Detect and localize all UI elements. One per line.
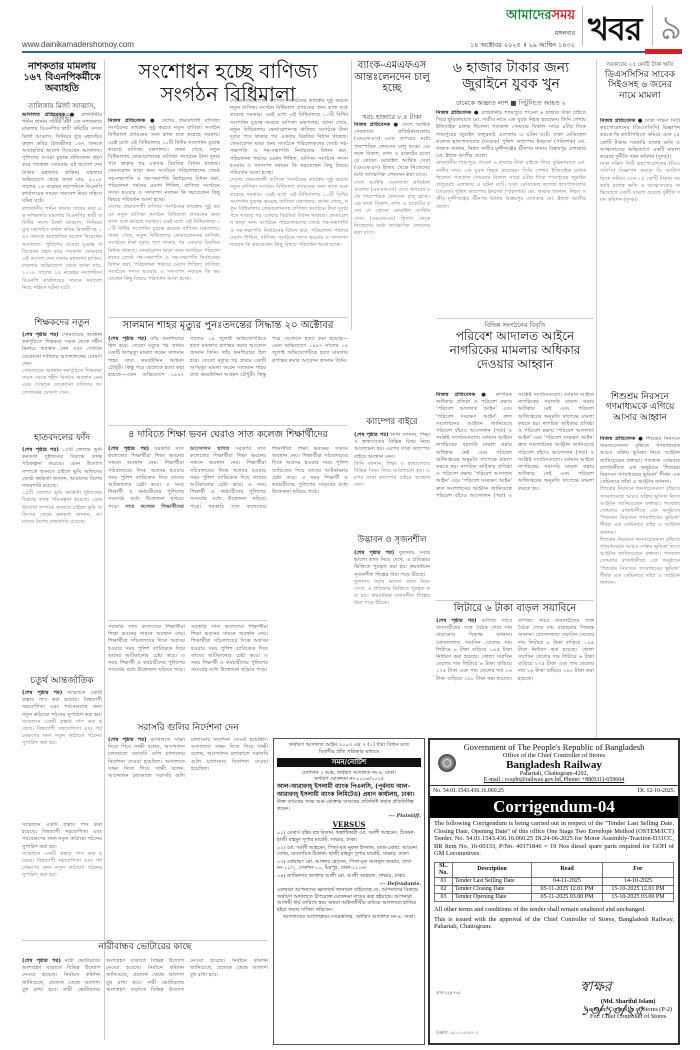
signer-block: (Md. Shariful Islam) Assistant Controlle… — [584, 998, 672, 1021]
headline-teachers: শিক্ষকদের নতুন — [22, 318, 102, 328]
defendant-item: ০৩) মোছাম্মৎ মো. আক্তার হোসেন, পিতা-মৃত … — [277, 859, 421, 872]
defendant-item: ০৪) জামিনদার আক্তার আলী মো. আলী আহমেদ, স… — [277, 873, 421, 880]
headline-child-labour: শিশুশ্রম নিরসনে গণমাধ্যমকে এগিয়ে আসার আ… — [600, 392, 680, 423]
divider — [436, 318, 594, 319]
article-trade-col2: দেশের প্রভাবশালী বাণিজ্য সংগঠনের কার্যক্… — [230, 98, 348, 298]
column-rule — [104, 60, 105, 1040]
table-row: 01 Tender Last Selling Date 04-11-2025 1… — [435, 877, 674, 885]
article-international-cont: সম্মেলনে একটি প্রস্তাব পাস করা হয়েছে। ব… — [22, 822, 102, 937]
headline-murder: ৬ হাজার টাকার জন্য জুরাইনে যুবক খুন — [436, 60, 586, 92]
article-teachers: (শেষ পৃষ্ঠার পর) সোমবারের অবস্থান কর্মসূ… — [22, 332, 102, 427]
headline-direct-fire: সরাসরি গুলির নির্দেশনা দেন — [108, 723, 268, 733]
issue-date: ১৪ অক্টোবর ২০২৫ ॥ ২৯ আশ্বিন ১৪৩২ — [390, 40, 575, 51]
article-innovation: (শেষ পৃষ্ঠার পর) তুলনায় সবার ভালো কাজ ন… — [354, 550, 430, 730]
headline-campus: ক্যাম্পের বাইরে — [354, 418, 430, 428]
headline-environment: পরিবেশ আদালত আইনে নাগরিকের মামলার অধিকার… — [436, 330, 594, 371]
railway-corrigendum-notice: Government of The People's Republic of B… — [428, 738, 680, 1045]
website-url[interactable]: www.dainikamadershomoy.com — [22, 40, 134, 49]
header-rule — [22, 51, 682, 53]
header-accent — [645, 49, 682, 54]
article-soybean: (শেষ পৃষ্ঠার পর) বাণিজ্য সচিব ব্যবসায়ীদ… — [436, 618, 594, 733]
divider — [108, 425, 348, 426]
column-rule — [596, 60, 597, 740]
table-row: 02 Tender Closing Date 05-11-2025 12.01 … — [435, 885, 674, 893]
article-salman: (শেষ পৃষ্ঠার পর) তাঁর অনশিয়ারে হিল হবে।… — [108, 336, 348, 420]
divider — [582, 6, 583, 46]
article-environment: নিজস্ব প্রতিবেদক ● নাগরিক অধিকার প্রতিষ্… — [436, 392, 594, 572]
headline-bnp: নাশকতার মামলায় ১৬৭ বিএনপিকর্মীকে অব্যাহ… — [22, 62, 102, 95]
article-direct-fire: (শেষ পৃষ্ঠার পর) আদালতে সাক্ষ্য দিতে গিয… — [108, 737, 268, 937]
table-row: 03 Tender Opening Date 05-11-2025 03.00 … — [435, 893, 674, 901]
headline-women: নারীবান্ধব ভোটারের কাছে — [22, 942, 268, 952]
headline-salman: সালমান শাহর মৃত্যুর পুনঃতদন্তের সিদ্ধান্… — [108, 320, 348, 332]
masthead: আমাদেরসময় মঙ্গলবার ১৪ অক্টোবর ২০২৫ ॥ ২৯… — [390, 6, 575, 51]
divider — [436, 600, 594, 601]
headline-seven-college: ৪ দাবিতে শিক্ষা ভবন ঘেরাও সাত কলেজ শিক্ষ… — [108, 430, 348, 441]
article-bank-mfs: নিজস্ব প্রতিবেদক ● দেশে আর্থিক সেবাদাতা … — [354, 122, 430, 312]
organization-name: Bangladesh Railway — [430, 759, 678, 771]
headline-dscc: ডিএসসিসির সাবেক সিইওসহ ৬ জনের নামে মামলা — [600, 70, 680, 101]
kicker-murder: ঢামেকে অজ্ঞাত লাশ ■ পিটুনিতে আহত ২ — [436, 98, 586, 109]
day-name: মঙ্গলবার — [390, 28, 575, 39]
article-hatbodol: (শেষ পৃষ্ঠার পর) ১৫টি জেলার ভূমি কর্মকর্… — [22, 447, 102, 637]
reference-number: No. 54.01.1543.436.16.060.25 — [433, 788, 504, 794]
article-child-labour: নিজস্ব প্রতিবেদক ● শিশুশ্রম নিরসনে জনসচে… — [600, 436, 680, 736]
article-murder: নিজস্ব প্রতিবেদক ● রাজধানীর শ্যামপুরে পা… — [436, 110, 586, 310]
kicker-dscc: সরকারের ২৫ কোটি টাকা ক্ষতি — [600, 62, 680, 70]
notice-title: সমন/নোটিশ — [277, 758, 421, 767]
plaintiff-name: আল-আরাফাহ্ ইসলামী ব্যাংক পিএলসি, (পূর্বন… — [277, 783, 421, 799]
headline-soybean: লিটারে ৬ টাকা বাড়ল সয়াবিনে — [436, 603, 594, 615]
article-trade-col1: নিজস্ব প্রতিবেদক ● দেশের প্রভাবশালী বাণি… — [108, 118, 220, 298]
article-dscc: নিজস্ব প্রতিবেদক ● ঢাকা দক্ষিণ সিটি করপো… — [600, 118, 680, 318]
article-international: (শেষ পৃষ্ঠার পর) সম্মেলনে একটি প্রস্তাব … — [22, 690, 102, 818]
court-summons-notice: অর্থঋণ আদালত আইন ২০০৩ এর ৭ (১) ধারা বিধা… — [273, 738, 425, 1045]
headline-bank-mfs: ব্যাংক-এমএফএস আন্তঃলেনদেন চালু হচ্ছে — [354, 60, 430, 95]
corrigendum-title: Corrigendum-04 — [430, 796, 678, 818]
corrigendum-body: The following Corrigendum is being carri… — [430, 818, 678, 860]
reference-date: Dt. 12-10-2025. — [638, 788, 675, 794]
article-seven-college: (শেষ পৃষ্ঠার পর) সরকারি সাত কলেজের শিক্ষ… — [108, 446, 348, 616]
article-seven-college-cont: সরকারি সাত কলেজের শিক্ষার্থীরা শিক্ষা ভব… — [108, 624, 268, 714]
headline-innovation: উদ্ভাবন ও সৃজনশীল — [354, 536, 430, 546]
contact-line[interactable]: E-mail : ccspht@railway.gov.bd, Phone: +… — [430, 777, 678, 783]
headline-hatbodol: হাতবদলের ফাঁদ — [22, 433, 102, 443]
headline-international: চতুর্থ আন্তর্জাতিক — [22, 676, 102, 686]
section-title: খবর — [588, 4, 641, 58]
article-women: (শেষ পৃষ্ঠার পর) নারী ভোটারদের অংশগ্রহণ … — [22, 958, 268, 1046]
divider — [108, 620, 268, 621]
defendant-item: ০১) মেসার্স রহিম বস্ত্র বিতান, স্বত্বাধি… — [277, 830, 421, 843]
article-campus: (শেষ পৃষ্ঠার পর) তিনি জানান, শিক্ষা ও স্… — [354, 432, 430, 532]
column-rule — [351, 60, 352, 330]
government-emblem-icon — [438, 754, 456, 772]
newspaper-logo: আমাদেরসময় — [390, 6, 575, 27]
article-bnp: আদালত প্রতিবেদক ● রাজধানীর পল্টন থানায় … — [22, 112, 102, 312]
defendant-item: ০২) মো. আলী আহমেদ, পিতা-মৃত নুরুল ইসলাম,… — [277, 845, 421, 858]
tender-dates-table: SL. No. Description Read For 01 Tender L… — [434, 862, 674, 902]
divider — [108, 317, 348, 318]
divider — [652, 6, 653, 46]
divider — [22, 940, 268, 941]
page-header: www.dainikamadershomoy.com আমাদেরসময় মঙ… — [0, 0, 700, 56]
